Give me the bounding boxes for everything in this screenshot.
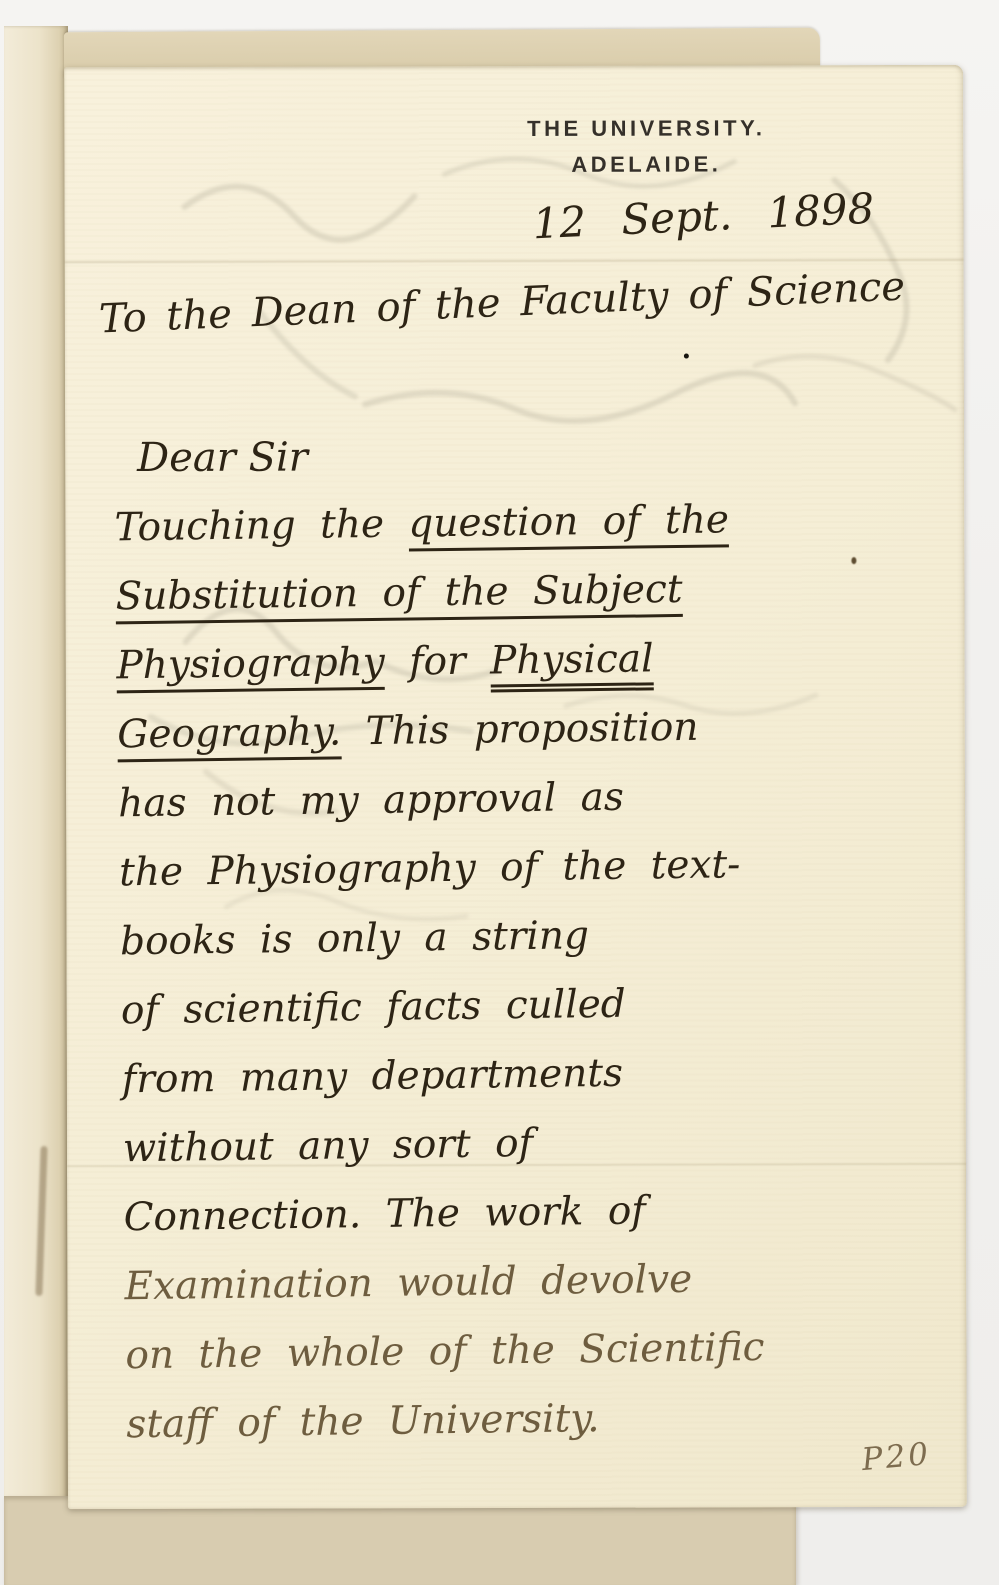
scanned-document: THE UNIVERSITY. ADELAIDE. 12 Sept. 1898 … — [0, 0, 999, 1585]
text: has not my approval as — [118, 775, 624, 827]
letter-line: Examination would devolve — [124, 1242, 945, 1322]
underlined-text: question of the — [408, 497, 729, 551]
letter-line: Substitution of the Subject — [115, 552, 936, 632]
letter-salutation: Dear Sir — [137, 435, 308, 481]
letter-line: Geography. This proposition — [117, 690, 938, 770]
letter-line: Touching the question of the — [114, 483, 935, 563]
underlined-text: Physical — [490, 636, 654, 692]
letter-line: books is only a string — [120, 897, 941, 977]
letterhead: THE UNIVERSITY. ADELAIDE. — [296, 115, 996, 179]
letter-line: on the whole of the Scientific — [125, 1311, 946, 1391]
letter-line: Physiography for Physical — [116, 621, 937, 701]
text: of scientific facts culled — [121, 982, 626, 1034]
page-number-annotation: P20 — [860, 1436, 932, 1478]
text: staff of the University. — [126, 1396, 600, 1447]
letter-line: staff of the University. — [126, 1380, 947, 1460]
letter-line: without any sort of — [122, 1104, 943, 1184]
underlined-text: Physiography — [116, 640, 385, 694]
letterhead-city: ADELAIDE. — [296, 151, 996, 179]
letter-line: has not my approval as — [118, 759, 939, 839]
letterhead-university: THE UNIVERSITY. — [296, 115, 996, 143]
text: without any sort of — [122, 1121, 533, 1171]
letter-line: from many departments — [121, 1035, 942, 1115]
underlined-text: Substitution of the Subject — [115, 567, 683, 624]
folded-sheet-left-edge — [4, 26, 68, 1585]
text: Touching the — [114, 502, 408, 551]
text: the Physiography of the text- — [119, 842, 741, 895]
letter-line: the Physiography of the text- — [119, 828, 940, 908]
paper-speck — [684, 354, 689, 359]
letter-line: Connection. The work of — [123, 1173, 944, 1253]
underlined-text: Geography. — [117, 709, 342, 762]
text: Connection. The work of — [123, 1188, 646, 1240]
text: books is only a string — [120, 913, 589, 964]
text: This proposition — [341, 705, 699, 755]
text: from many departments — [122, 1051, 624, 1103]
letter-page: THE UNIVERSITY. ADELAIDE. 12 Sept. 1898 … — [64, 65, 967, 1509]
letter-body: Touching the question of theSubstitution… — [114, 483, 947, 1460]
letter-line: of scientific facts culled — [121, 966, 942, 1046]
text: on the whole of the Scientific — [125, 1325, 765, 1378]
text: for — [384, 638, 490, 684]
text: Examination would devolve — [124, 1257, 692, 1309]
underlying-sheet-bottom — [4, 1496, 796, 1585]
paper-crease-tear — [35, 1146, 47, 1296]
